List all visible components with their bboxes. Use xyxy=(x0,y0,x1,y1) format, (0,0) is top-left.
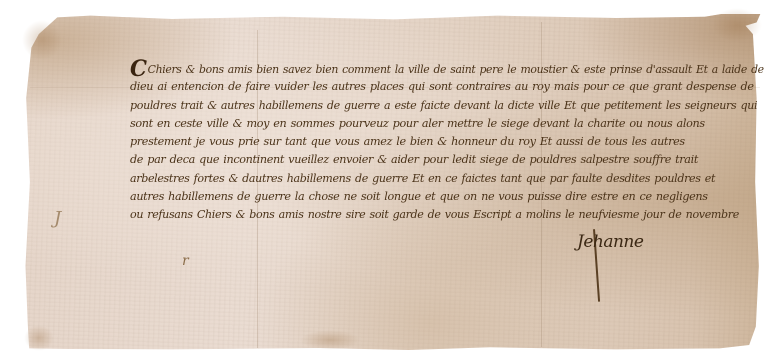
signature: Jehanne xyxy=(577,232,643,252)
margin-mark-left: J xyxy=(54,208,61,229)
line-text: Chiers & bons amis bien savez bien comme… xyxy=(148,63,764,76)
stain-top-left xyxy=(22,20,62,60)
letter-line-2: dieu ai entencion de faire vuider les au… xyxy=(130,78,760,96)
letter-line-7: autres habillemens de guerre la chose ne… xyxy=(130,188,760,206)
margin-mark-lower: r xyxy=(182,253,189,269)
letter-line-1: CChiers & bons amis bien savez bien comm… xyxy=(130,60,741,78)
document-viewer: J r CChiers & bons amis bien savez bien … xyxy=(0,0,782,364)
manuscript-sheet: J r CChiers & bons amis bien savez bien … xyxy=(0,0,782,364)
stain-top-right xyxy=(712,8,762,42)
stain-bottom-center xyxy=(300,330,360,350)
letter-line-3: pouldres trait & autres habillemens de g… xyxy=(130,97,754,115)
letter-line-8: ou refusans Chiers & bons amis nostre si… xyxy=(130,206,754,224)
stain-bottom-left xyxy=(24,325,54,351)
letter-body: CChiers & bons amis bien savez bien comm… xyxy=(130,60,760,225)
letter-line-5: de par deca que incontinent vueillez env… xyxy=(130,151,760,169)
letter-line-4: sont en ceste ville & moy en sommes pour… xyxy=(130,115,758,152)
letter-line-6: arbelestres fortes & dautres habillemens… xyxy=(130,170,754,188)
